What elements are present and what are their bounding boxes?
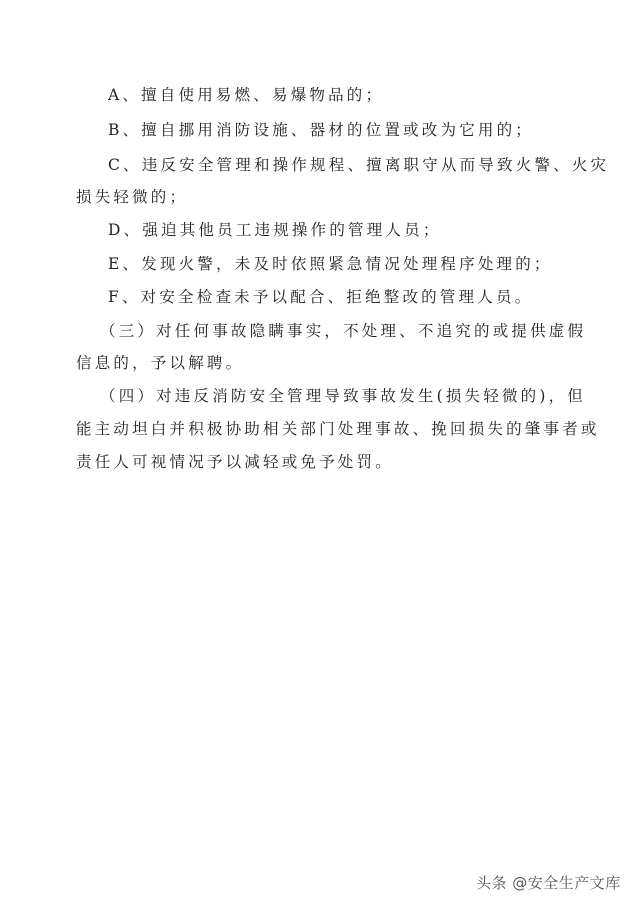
clause-3-continued: 信息的，予以解聘。 xyxy=(76,353,244,373)
item-b: B、擅自挪用消防设施、器材的位置或改为它用的； xyxy=(108,120,534,140)
clause-4: （四）对违反消防安全管理导致事故发生(损失轻微的)，但 xyxy=(100,386,586,406)
item-c: C、违反安全管理和操作规程、擅离职守从而导致火警、火灾 xyxy=(108,155,609,175)
clause-4-continued-2: 责任人可视情况予以减轻或免予处罚。 xyxy=(76,452,394,472)
document-page: A、擅自使用易燃、易爆物品的； B、擅自挪用消防设施、器材的位置或改为它用的； … xyxy=(0,0,640,906)
watermark: 头条 @安全生产文库 xyxy=(476,872,621,893)
item-e: E、发现火警，未及时依照紧急情况处理程序处理的； xyxy=(108,254,553,274)
item-f: F、对安全检查未予以配合、拒绝整改的管理人员。 xyxy=(108,287,533,307)
item-a: A、擅自使用易燃、易爆物品的； xyxy=(108,85,384,105)
clause-4-continued-1: 能主动坦白并积极协助相关部门处理事故、挽回损失的肇事者或 xyxy=(76,419,600,439)
item-c-continued: 损失轻微的； xyxy=(76,187,188,207)
item-d: D、强迫其他员工违规操作的管理人员； xyxy=(108,220,442,240)
clause-3: （三）对任何事故隐瞒事实，不处理、不追究的或提供虚假 xyxy=(100,321,586,341)
